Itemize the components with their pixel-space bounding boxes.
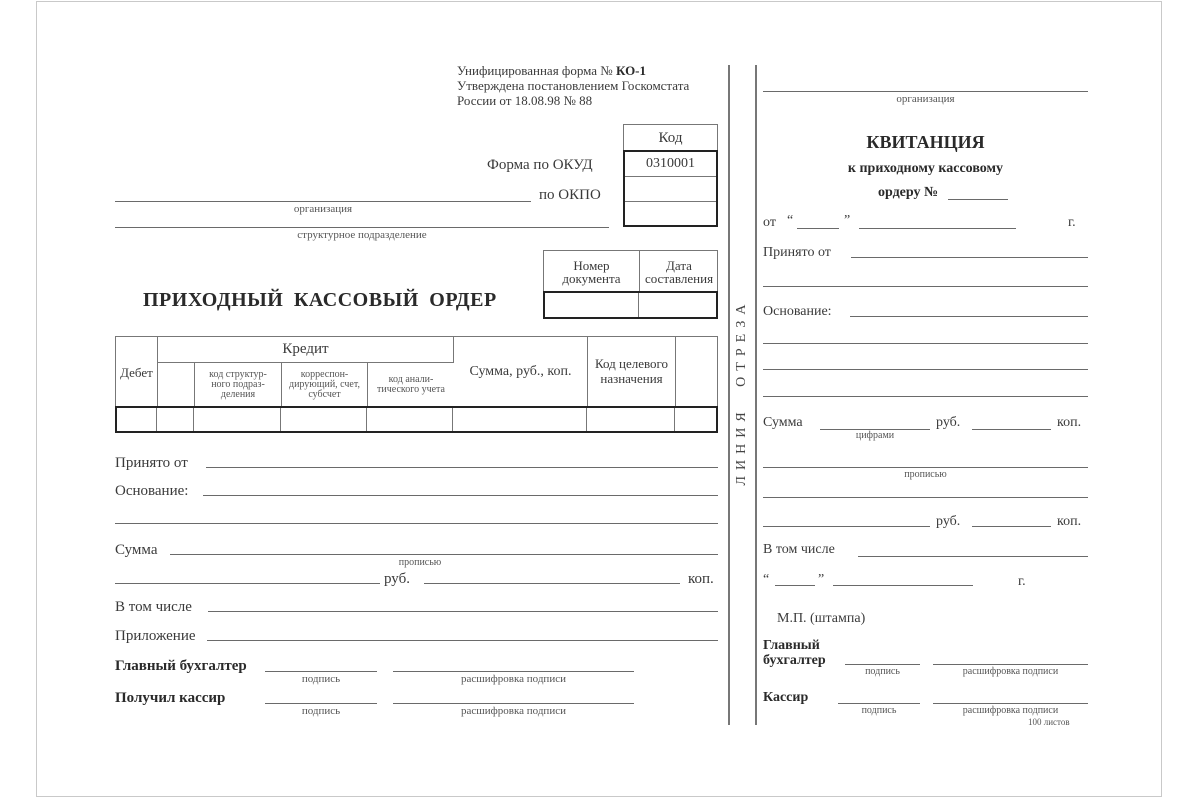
receipt-including-field[interactable] (858, 556, 1088, 557)
receipt-from-label: от (763, 215, 776, 231)
receipt-chief-accountant-line1: Главный (763, 638, 826, 653)
receipt-month-field[interactable] (859, 228, 1016, 229)
receipt-rub-label-2: руб. (936, 514, 960, 530)
credit-sub-division-code: код структур-ного подраз-деления (195, 363, 282, 407)
receipt-sum-words-field[interactable] (763, 467, 1088, 468)
receipt-cashier-signature-field[interactable] (838, 703, 920, 704)
receipt-kop-label-2: коп. (1057, 514, 1081, 530)
receipt-received-from-field-2[interactable] (763, 286, 1088, 287)
receipt-cashier-label: Кассир (763, 690, 808, 706)
sum-words-caption: прописью (360, 557, 480, 568)
doc-title: ПРИХОДНЫЙ КАССОВЫЙ ОРДЕР (143, 289, 497, 312)
okpo-value[interactable] (625, 177, 716, 202)
receipt-basis-field-2[interactable] (763, 343, 1088, 344)
row-sum[interactable] (453, 408, 587, 431)
receipt-year-suffix: г. (1068, 215, 1076, 231)
okud-label: Форма по ОКУД (487, 157, 593, 174)
row-corr-account[interactable] (281, 408, 367, 431)
cashier-decoding-caption: расшифровка подписи (393, 705, 634, 717)
receipt-digits-caption: цифрами (820, 430, 930, 441)
receipt-including-label: В том числе (763, 542, 835, 558)
code-header-label: Код (624, 125, 717, 151)
form-code: КО-1 (616, 63, 646, 78)
receipt-basis-field[interactable] (850, 316, 1088, 317)
receipt-rub-field-2[interactable] (763, 526, 930, 527)
receipt-basis-field-4[interactable] (763, 396, 1088, 397)
sum-header: Сумма, руб., коп. (454, 337, 588, 407)
doc-number-date-header: Номер документа Дата составления (543, 250, 718, 292)
cut-line-label: ЛИНИЯ ОТРЕЗА (734, 299, 750, 486)
row-division-code[interactable] (194, 408, 281, 431)
code-extra-value[interactable] (625, 202, 716, 224)
approved-date-line: России от 18.08.98 № 88 (457, 93, 592, 109)
including-label: В том числе (115, 599, 192, 616)
receipt-organization-caption: организация (763, 93, 1088, 105)
chief-accountant-signature-caption: подпись (265, 673, 377, 685)
chief-accountant-signature-field[interactable] (265, 671, 377, 672)
unified-form-line: Унифицированная форма № КО-1 (457, 63, 646, 79)
cashier-signature-field[interactable] (265, 703, 377, 704)
receipt-chief-signature-caption: подпись (845, 666, 920, 677)
receipt-basis-field-3[interactable] (763, 369, 1088, 370)
including-field[interactable] (208, 611, 718, 612)
receipt-date-day-field[interactable] (775, 585, 815, 586)
cut-line-left (728, 65, 730, 725)
sum-words-field[interactable] (170, 554, 718, 555)
receipt-kop-field-2[interactable] (972, 526, 1051, 527)
receipt-order-number-field[interactable] (948, 199, 1008, 200)
row-extra[interactable] (675, 408, 715, 431)
receipt-words-caption: прописью (763, 469, 1088, 480)
receipt-quote-open: “ (787, 213, 793, 229)
debit-header: Дебет (116, 337, 158, 407)
receipt-sum-words-field-2[interactable] (763, 497, 1088, 498)
basis-label: Основание: (115, 483, 188, 500)
doc-number-header: Номер документа (544, 251, 640, 293)
sheets-note: 100 листов (1028, 717, 1070, 727)
receipt-received-from-label: Принято от (763, 245, 831, 261)
receipt-kop-label: коп. (1057, 415, 1081, 431)
cashier-decoding-field[interactable] (393, 703, 634, 704)
receipt-date-quote-open: “ (763, 572, 769, 588)
basis-field-2[interactable] (115, 523, 718, 524)
chief-accountant-label: Главный бухгалтер (115, 658, 247, 675)
subdivision-caption: структурное подразделение (115, 229, 609, 241)
receipt-basis-label: Основание: (763, 304, 832, 320)
credit-sub-analytic-code: код анали-тического учета (368, 363, 454, 407)
receipt-organization-field[interactable] (763, 91, 1088, 92)
doc-number-date-values (543, 291, 718, 319)
organization-field[interactable] (115, 201, 531, 202)
approved-line: Утверждена постановлением Госкомстата (457, 78, 689, 94)
stamp-label: М.П. (штампа) (777, 611, 865, 627)
receipt-date-quote-close: ” (818, 572, 824, 588)
receipt-cashier-decoding-caption: расшифровка подписи (933, 705, 1088, 716)
extra-header (676, 337, 718, 407)
cashier-label: Получил кассир (115, 690, 225, 707)
doc-date-header: Дата составления (640, 251, 718, 293)
receipt-date-year-suffix: г. (1018, 574, 1026, 590)
kop-label: коп. (688, 571, 714, 588)
chief-accountant-decoding-field[interactable] (393, 671, 634, 672)
cashier-signature-caption: подпись (265, 705, 377, 717)
received-from-field[interactable] (206, 467, 718, 468)
receipt-cashier-signature-caption: подпись (838, 705, 920, 716)
code-box: 0310001 (623, 150, 718, 227)
receipt-cashier-decoding-field[interactable] (933, 703, 1088, 704)
receipt-order-number-label: ордеру № (878, 185, 938, 201)
kop-field[interactable] (424, 583, 680, 584)
receipt-kop-field[interactable] (972, 429, 1051, 430)
row-purpose-code[interactable] (587, 408, 675, 431)
purpose-code-header: Код целевого назначения (588, 337, 676, 407)
receipt-chief-accountant-line2: бухгалтер (763, 653, 826, 668)
receipt-quote-close: ” (844, 213, 850, 229)
organization-caption: организация (115, 203, 531, 215)
receipt-rub-label: руб. (936, 415, 960, 431)
credit-sub-blank (158, 363, 195, 407)
chief-accountant-decoding-caption: расшифровка подписи (393, 673, 634, 685)
basis-field[interactable] (203, 495, 718, 496)
code-header-cell: Код (623, 124, 718, 151)
sum-label: Сумма (115, 542, 157, 559)
receipt-received-from-field[interactable] (851, 257, 1088, 258)
okud-value[interactable]: 0310001 (625, 152, 716, 177)
receipt-subtitle: к приходному кассовому (763, 161, 1088, 177)
receipt-chief-decoding-field[interactable] (933, 664, 1088, 665)
cut-line-right (755, 65, 757, 725)
attachment-label: Приложение (115, 628, 196, 645)
rub-label: руб. (384, 571, 410, 588)
doc-date-field[interactable] (639, 293, 715, 317)
receipt-sum-label: Сумма (763, 415, 803, 431)
okpo-label: по ОКПО (539, 187, 601, 204)
receipt-title: КВИТАНЦИЯ (763, 132, 1088, 153)
receipt-date-month-field[interactable] (833, 585, 973, 586)
doc-number-field[interactable] (545, 293, 639, 317)
unified-form-text: Унифицированная форма № (457, 63, 613, 78)
receipt-day-field[interactable] (797, 228, 839, 229)
rub-field[interactable] (115, 583, 380, 584)
credit-header: Кредит (158, 337, 454, 363)
receipt-chief-signature-field[interactable] (845, 664, 920, 665)
row-analytic-code[interactable] (367, 408, 453, 431)
subdivision-field[interactable] (115, 227, 609, 228)
attachment-field[interactable] (207, 640, 718, 641)
row-debit[interactable] (117, 408, 157, 431)
receipt-chief-accountant-label: Главный бухгалтер (763, 638, 826, 668)
credit-sub-corr-account: корреспон-дирующий, счет, субсчет (282, 363, 368, 407)
receipt-chief-decoding-caption: расшифровка подписи (933, 666, 1088, 677)
row-credit-blank[interactable] (157, 408, 194, 431)
received-from-label: Принято от (115, 455, 188, 472)
accounts-table-row (115, 406, 718, 433)
